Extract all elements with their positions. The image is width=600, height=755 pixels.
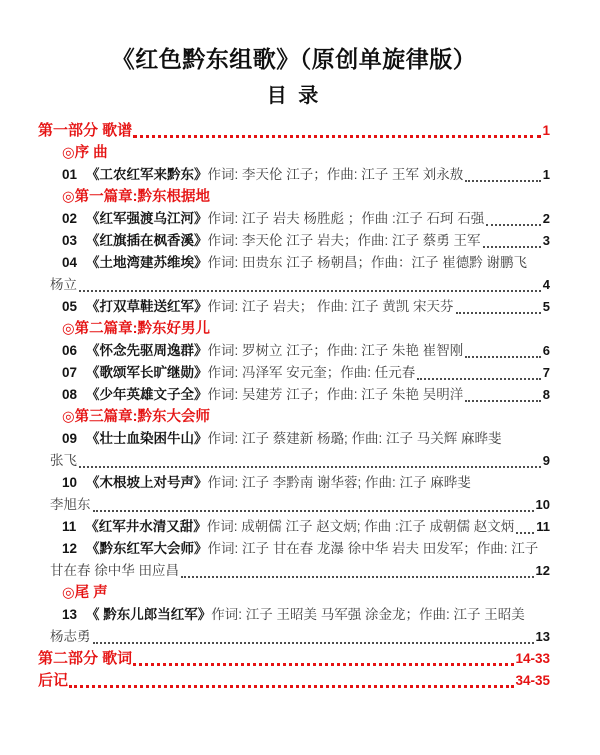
toc-row-cont: 张飞9 (50, 450, 550, 472)
song-credits: 作词: 江子 甘在春 龙瀑 徐中华 岩夫 田发军；作曲: 江子 (208, 538, 539, 560)
toc-line-text: ◎尾 声 (62, 582, 108, 604)
song-title: 《黔东红军大会师》 (86, 538, 208, 560)
page-number: 8 (543, 384, 550, 406)
page-number: 34-35 (515, 670, 550, 692)
dot-leader (93, 642, 534, 644)
page-number: 10 (536, 494, 550, 516)
entry-number: 12 (62, 538, 77, 560)
page-number: 11 (536, 516, 550, 538)
entry-number: 11 (62, 516, 76, 538)
toc-row-entry: 07《歌颂军长旷继勋》作词: 冯泽军 安元奎；作曲: 任元春7 (62, 362, 550, 384)
song-title: 《打双草鞋送红军》 (86, 296, 208, 318)
song-credits: 作词: 江子 李黔南 谢华蓉; 作曲: 江子 麻晔斐 (208, 472, 471, 494)
song-title: 《木根坡上对号声》 (86, 472, 208, 494)
song-credits: 作词: 田贵东 江子 杨朝昌；作曲：江子 崔德黔 谢鹏飞 (208, 252, 528, 274)
toc-line-text: ◎第一篇章:黔东根据地 (62, 186, 210, 208)
toc-line-text: 第一部分 歌谱 (38, 120, 132, 142)
song-title: 《少年英雄文子全》 (86, 384, 208, 406)
dot-leader (133, 135, 541, 138)
song-title: 《怀念先驱周逸群》 (86, 340, 208, 362)
table-of-contents: 第一部分 歌谱1◎序 曲01《工农红军来黔东》作词: 李天伦 江子；作曲: 江子… (38, 120, 550, 692)
toc-row-entry: 12《黔东红军大会师》作词: 江子 甘在春 龙瀑 徐中华 岩夫 田发军；作曲: … (62, 538, 550, 560)
song-credits: 作词: 成朝儒 江子 赵文炳; 作曲 :江子 成朝儒 赵文炳 (207, 516, 515, 538)
toc-row-entry: 01《工农红军来黔东》作词: 李天伦 江子；作曲: 江子 王军 刘永敖1 (62, 164, 550, 186)
entry-number: 10 (62, 472, 77, 494)
toc-line-text: 张飞 (50, 450, 77, 472)
song-title: 《红军强渡乌江河》 (86, 208, 208, 230)
page-number: 2 (543, 208, 550, 230)
toc-row-part: 后记34-35 (38, 670, 550, 692)
toc-row-part: 第一部分 歌谱1 (38, 120, 550, 142)
dot-leader (79, 290, 541, 292)
page-number: 3 (543, 230, 550, 252)
dot-leader (93, 510, 534, 512)
page-number: 14-33 (515, 648, 550, 670)
toc-row-cont: 杨志勇13 (50, 626, 550, 648)
dot-leader (456, 312, 541, 314)
song-title: 《歌颂军长旷继勋》 (86, 362, 208, 384)
toc-row-cont: 甘在春 徐中华 田应昌12 (50, 560, 550, 582)
dot-leader (79, 466, 541, 468)
song-credits: 作词: 吴建芳 江子；作曲: 江子 朱艳 吴明洋 (208, 384, 464, 406)
toc-line-text: ◎序 曲 (62, 142, 108, 164)
toc-heading: 目 录 (38, 82, 550, 110)
toc-row-entry: 13《 黔东儿郎当红军》作词: 江子 王昭美 马军强 涂金龙；作曲: 江子 王昭… (62, 604, 550, 626)
toc-row-part: 第二部分 歌词14-33 (38, 648, 550, 670)
page-number: 12 (536, 560, 550, 582)
song-title: 《红旗插在枫香溪》 (86, 230, 208, 252)
song-credits: 作词: 罗树立 江子；作曲: 江子 朱艳 崔智刚 (208, 340, 464, 362)
song-title: 《 黔东儿郎当红军》 (86, 604, 211, 626)
song-title: 《壮士血染困牛山》 (86, 428, 208, 450)
toc-row-cont: 李旭东10 (50, 494, 550, 516)
toc-row-section: ◎第三篇章:黔东大会师 (62, 406, 550, 428)
toc-line-text: 杨立 (50, 274, 77, 296)
song-credits: 作词: 江子 蔡建新 杨璐; 作曲: 江子 马关辉 麻晔斐 (208, 428, 502, 450)
dot-leader (483, 246, 541, 248)
toc-line-text: 后记 (38, 670, 68, 692)
toc-line-text: ◎第二篇章:黔东好男儿 (62, 318, 210, 340)
toc-row-cont: 杨立4 (50, 274, 550, 296)
page-number: 1 (542, 120, 550, 142)
toc-row-section: ◎尾 声 (62, 582, 550, 604)
toc-row-section: ◎第二篇章:黔东好男儿 (62, 318, 550, 340)
page-number: 1 (543, 164, 550, 186)
entry-number: 04 (62, 252, 77, 274)
toc-row-entry: 04《土地湾建苏维埃》作词: 田贵东 江子 杨朝昌；作曲：江子 崔德黔 谢鹏飞 (62, 252, 550, 274)
dot-leader (516, 532, 534, 534)
dot-leader (133, 663, 514, 666)
toc-row-section: ◎第一篇章:黔东根据地 (62, 186, 550, 208)
song-title: 《红军井水清又甜》 (85, 516, 207, 538)
song-title: 《工农红军来黔东》 (86, 164, 208, 186)
entry-number: 13 (62, 604, 77, 626)
page-number: 7 (543, 362, 550, 384)
page-number: 5 (543, 296, 550, 318)
entry-number: 08 (62, 384, 77, 406)
entry-number: 06 (62, 340, 77, 362)
song-credits: 作词: 江子 岩夫； 作曲: 江子 黄凯 宋天芬 (208, 296, 454, 318)
song-credits: 作词: 冯泽军 安元奎；作曲: 任元春 (208, 362, 416, 384)
toc-row-entry: 05《打双草鞋送红军》作词: 江子 岩夫； 作曲: 江子 黄凯 宋天芬5 (62, 296, 550, 318)
entry-number: 02 (62, 208, 77, 230)
dot-leader (69, 685, 514, 688)
dot-leader (465, 400, 540, 402)
dot-leader (181, 576, 534, 578)
entry-number: 01 (62, 164, 77, 186)
song-title: 《土地湾建苏维埃》 (86, 252, 208, 274)
dot-leader (486, 224, 540, 226)
toc-line-text: 甘在春 徐中华 田应昌 (50, 560, 179, 582)
toc-line-text: 第二部分 歌词 (38, 648, 132, 670)
toc-row-entry: 03《红旗插在枫香溪》作词: 李天伦 江子 岩夫；作曲: 江子 蔡勇 王军3 (62, 230, 550, 252)
entry-number: 07 (62, 362, 77, 384)
toc-row-entry: 06《怀念先驱周逸群》作词: 罗树立 江子；作曲: 江子 朱艳 崔智刚6 (62, 340, 550, 362)
page-number: 9 (543, 450, 550, 472)
toc-row-entry: 02《红军强渡乌江河》作词: 江子 岩夫 杨胜彪 ；作曲 :江子 石珂 石强2 (62, 208, 550, 230)
page-number: 6 (543, 340, 550, 362)
dot-leader (465, 356, 540, 358)
toc-row-entry: 09《壮士血染困牛山》作词: 江子 蔡建新 杨璐; 作曲: 江子 马关辉 麻晔斐 (62, 428, 550, 450)
toc-row-section: ◎序 曲 (62, 142, 550, 164)
toc-line-text: 李旭东 (50, 494, 91, 516)
dot-leader (465, 180, 540, 182)
dot-leader (417, 378, 540, 380)
toc-row-entry: 08《少年英雄文子全》作词: 吴建芳 江子；作曲: 江子 朱艳 吴明洋8 (62, 384, 550, 406)
song-credits: 作词: 李天伦 江子；作曲: 江子 王军 刘永敖 (208, 164, 464, 186)
song-credits: 作词: 李天伦 江子 岩夫；作曲: 江子 蔡勇 王军 (208, 230, 481, 252)
page-number: 4 (543, 274, 550, 296)
toc-row-entry: 11《红军井水清又甜》作词: 成朝儒 江子 赵文炳; 作曲 :江子 成朝儒 赵文… (62, 516, 550, 538)
entry-number: 09 (62, 428, 77, 450)
toc-line-text: 杨志勇 (50, 626, 91, 648)
toc-row-entry: 10《木根坡上对号声》作词: 江子 李黔南 谢华蓉; 作曲: 江子 麻晔斐 (62, 472, 550, 494)
song-credits: 作词: 江子 王昭美 马军强 涂金龙；作曲: 江子 王昭美 (211, 604, 525, 626)
entry-number: 03 (62, 230, 77, 252)
song-credits: 作词: 江子 岩夫 杨胜彪 ；作曲 :江子 石珂 石强 (208, 208, 485, 230)
page-number: 13 (536, 626, 550, 648)
document-page: 《红色黔东组歌》（原创单旋律版） 目 录 第一部分 歌谱1◎序 曲01《工农红军… (0, 0, 600, 755)
entry-number: 05 (62, 296, 77, 318)
document-title: 《红色黔东组歌》（原创单旋律版） (38, 44, 550, 74)
toc-line-text: ◎第三篇章:黔东大会师 (62, 406, 210, 428)
